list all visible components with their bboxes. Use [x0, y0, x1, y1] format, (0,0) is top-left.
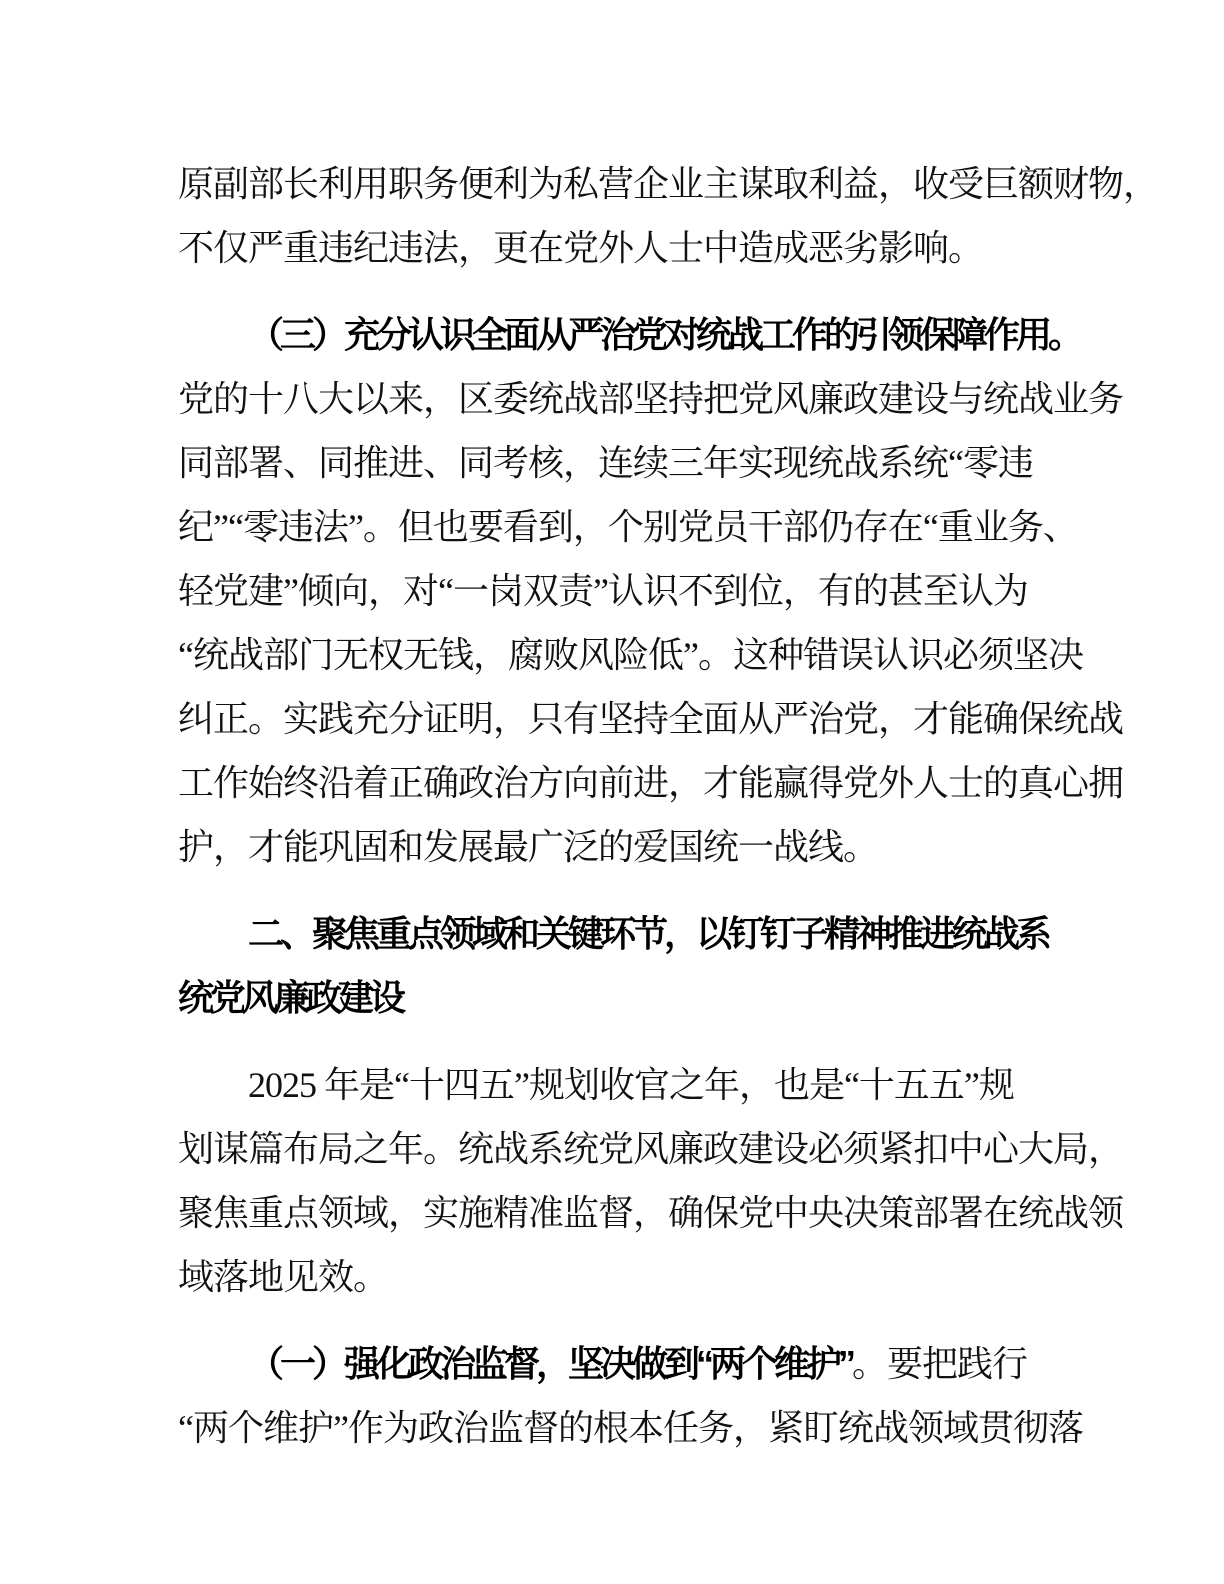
text-line: 二、聚焦重点领域和关键环节，以钉钉子精神推进统战系 [178, 902, 1058, 966]
text-line: （三）充分认识全面从严治党对统战工作的引领保障作用。 [178, 303, 1058, 367]
text-segment: 域落地见效。 [178, 1257, 388, 1297]
paragraph-continuation: 原副部长利用职务便利为私营企业主谋取利益，收受巨额财物，不仅严重违纪违法，更在党… [178, 152, 1058, 280]
text-line: 不仅严重违纪违法，更在党外人士中造成恶劣影响。 [178, 216, 1058, 280]
text-segment: 划谋篇布局之年。统战系统党风廉政建设必须紧扣中心大局， [178, 1129, 1123, 1169]
text-segment: 纪”“零违法”。但也要看到，个别党员干部仍存在“重业务、 [178, 507, 1078, 547]
text-segment: 党的十八大以来，区委统战部坚持把党风廉政建设与统战业务 [178, 379, 1123, 419]
text-line: “统战部门无权无钱，腐败风险低”。这种错误认识必须坚决 [178, 623, 1058, 687]
text-segment: 护，才能巩固和发展最广泛的爱国统一战线。 [178, 827, 878, 867]
section-3-paragraph: （三）充分认识全面从严治党对统战工作的引领保障作用。党的十八大以来，区委统战部坚… [178, 303, 1058, 879]
subsection-1-paragraph: （一）强化政治监督，坚决做到“两个维护”。要把践行“两个维护”作为政治监督的根本… [178, 1332, 1058, 1460]
text-segment: 工作始终沿着正确政治方向前进，才能赢得党外人士的真心拥 [178, 763, 1123, 803]
text-segment: 。要把践行 [852, 1344, 1027, 1384]
text-segment: 不仅严重违纪违法，更在党外人士中造成恶劣影响。 [178, 228, 983, 268]
text-segment: 同部署、同推进、同考核，连续三年实现统战系统“零违 [178, 443, 1033, 483]
text-segment: 轻党建”倾向，对“一岗双责”认识不到位，有的甚至认为 [178, 571, 1028, 611]
text-line: 原副部长利用职务便利为私营企业主谋取利益，收受巨额财物， [178, 152, 1058, 216]
text-line: 纠正。实践充分证明，只有坚持全面从严治党，才能确保统战 [178, 687, 1058, 751]
text-segment: 原副部长利用职务便利为私营企业主谋取利益，收受巨额财物， [178, 164, 1158, 204]
text-line: 聚焦重点领域，实施精准监督，确保党中央决策部署在统战领 [178, 1181, 1058, 1245]
text-segment: 纠正。实践充分证明，只有坚持全面从严治党，才能确保统战 [178, 699, 1123, 739]
text-line: “两个维护”作为政治监督的根本任务，紧盯统战领域贯彻落 [178, 1396, 1058, 1460]
bold-text-segment: （三）充分认识全面从严治党对统战工作的引领保障作用。 [248, 314, 1080, 355]
text-line: 党的十八大以来，区委统战部坚持把党风廉政建设与统战业务 [178, 367, 1058, 431]
text-line: （一）强化政治监督，坚决做到“两个维护”。要把践行 [178, 1332, 1058, 1396]
text-segment: 2025 年是“十四五”规划收官之年，也是“十五五”规 [248, 1065, 1014, 1105]
bold-text-segment: （一）强化政治监督，坚决做到“两个维护” [248, 1343, 852, 1384]
text-segment: 聚焦重点领域，实施精准监督，确保党中央决策部署在统战领 [178, 1193, 1123, 1233]
bold-text-segment: 统党风廉政建设 [178, 977, 402, 1018]
text-line: 划谋篇布局之年。统战系统党风廉政建设必须紧扣中心大局， [178, 1117, 1058, 1181]
document-body: 原副部长利用职务便利为私营企业主谋取利益，收受巨额财物，不仅严重违纪违法，更在党… [178, 152, 1058, 1460]
bold-text-segment: 二、聚焦重点领域和关键环节，以钉钉子精神推进统战系 [248, 913, 1048, 954]
text-line: 2025 年是“十四五”规划收官之年，也是“十五五”规 [178, 1053, 1058, 1117]
text-line: 纪”“零违法”。但也要看到，个别党员干部仍存在“重业务、 [178, 495, 1058, 559]
document-page: 原副部长利用职务便利为私营企业主谋取利益，收受巨额财物，不仅严重违纪违法，更在党… [0, 0, 1224, 1584]
text-segment: “两个维护”作为政治监督的根本任务，紧盯统战领域贯彻落 [178, 1408, 1083, 1448]
planning-paragraph: 2025 年是“十四五”规划收官之年，也是“十五五”规划谋篇布局之年。统战系统党… [178, 1053, 1058, 1309]
text-line: 护，才能巩固和发展最广泛的爱国统一战线。 [178, 815, 1058, 879]
text-line: 轻党建”倾向，对“一岗双责”认识不到位，有的甚至认为 [178, 559, 1058, 623]
text-line: 同部署、同推进、同考核，连续三年实现统战系统“零违 [178, 431, 1058, 495]
text-line: 工作始终沿着正确政治方向前进，才能赢得党外人士的真心拥 [178, 751, 1058, 815]
text-line: 统党风廉政建设 [178, 966, 1058, 1030]
section-2-heading: 二、聚焦重点领域和关键环节，以钉钉子精神推进统战系统党风廉政建设 [178, 902, 1058, 1030]
text-line: 域落地见效。 [178, 1245, 1058, 1309]
text-segment: “统战部门无权无钱，腐败风险低”。这种错误认识必须坚决 [178, 635, 1083, 675]
